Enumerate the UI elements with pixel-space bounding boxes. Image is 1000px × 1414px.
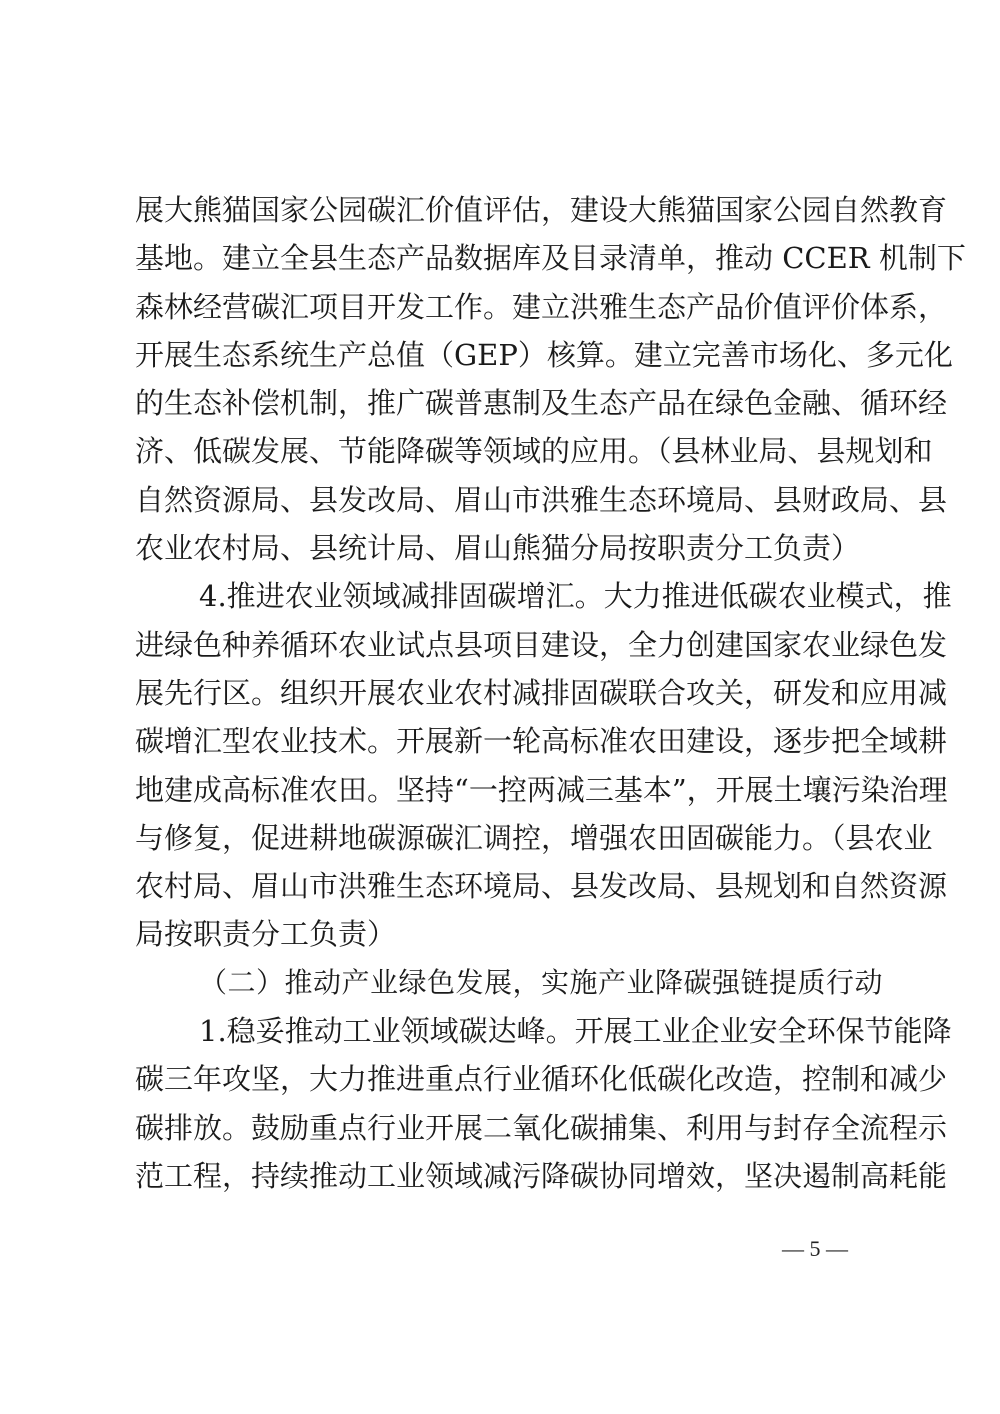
page-number: — 5 —	[770, 1236, 860, 1262]
paragraph-item-4: 4.推进农业领域减排固碳增汇。大力推进低碳农业模式，推 进绿色种养循环农业试点县…	[135, 572, 877, 958]
text-line: 展大熊猫国家公园碳汇价值评估，建设大熊猫国家公园自然教育	[135, 186, 877, 234]
section-heading-text: （二）推动产业绿色发展，实施产业降碳强链提质行动	[135, 959, 877, 1007]
text-line: 基地。建立全县生态产品数据库及目录清单，推动 CCER 机制下	[135, 234, 877, 282]
text-line: 农业农村局、县统计局、眉山熊猫分局按职责分工负责）	[135, 524, 877, 572]
text-line: 森林经营碳汇项目开发工作。建立洪雅生态产品价值评价体系，	[135, 283, 877, 331]
paragraph-continuation: 展大熊猫国家公园碳汇价值评估，建设大熊猫国家公园自然教育 基地。建立全县生态产品…	[135, 186, 877, 572]
text-line: 4.推进农业领域减排固碳增汇。大力推进低碳农业模式，推	[135, 572, 877, 620]
text-line: 碳排放。鼓励重点行业开展二氧化碳捕集、利用与封存全流程示	[135, 1104, 877, 1152]
paragraph-item-1: 1.稳妥推动工业领域碳达峰。开展工业企业安全环保节能降 碳三年攻坚，大力推进重点…	[135, 1007, 877, 1200]
text-line: 地建成高标准农田。坚持“一控两减三基本”，开展土壤污染治理	[135, 766, 877, 814]
text-line: 进绿色种养循环农业试点县项目建设，全力创建国家农业绿色发	[135, 621, 877, 669]
text-line: 开展生态系统生产总值（GEP）核算。建立完善市场化、多元化	[135, 331, 877, 379]
text-line: 碳增汇型农业技术。开展新一轮高标准农田建设，逐步把全域耕	[135, 717, 877, 765]
text-line: 范工程，持续推动工业领域减污降碳协同增效，坚决遏制高耗能	[135, 1152, 877, 1200]
text-line: 的生态补偿机制，推广碳普惠制及生态产品在绿色金融、循环经	[135, 379, 877, 427]
text-line: 与修复，促进耕地碳源碳汇调控，增强农田固碳能力。（县农业	[135, 814, 877, 862]
text-line: 展先行区。组织开展农业农村减排固碳联合攻关，研发和应用减	[135, 669, 877, 717]
text-line: 局按职责分工负责）	[135, 910, 877, 958]
text-line: 济、低碳发展、节能降碳等领域的应用。（县林业局、县规划和	[135, 427, 877, 475]
section-heading: （二）推动产业绿色发展，实施产业降碳强链提质行动	[135, 959, 877, 1007]
text-line: 自然资源局、县发改局、眉山市洪雅生态环境局、县财政局、县	[135, 476, 877, 524]
document-body: 展大熊猫国家公园碳汇价值评估，建设大熊猫国家公园自然教育 基地。建立全县生态产品…	[135, 186, 877, 1200]
text-line: 农村局、眉山市洪雅生态环境局、县发改局、县规划和自然资源	[135, 862, 877, 910]
text-line: 碳三年攻坚，大力推进重点行业循环化低碳化改造，控制和减少	[135, 1055, 877, 1103]
text-line: 1.稳妥推动工业领域碳达峰。开展工业企业安全环保节能降	[135, 1007, 877, 1055]
